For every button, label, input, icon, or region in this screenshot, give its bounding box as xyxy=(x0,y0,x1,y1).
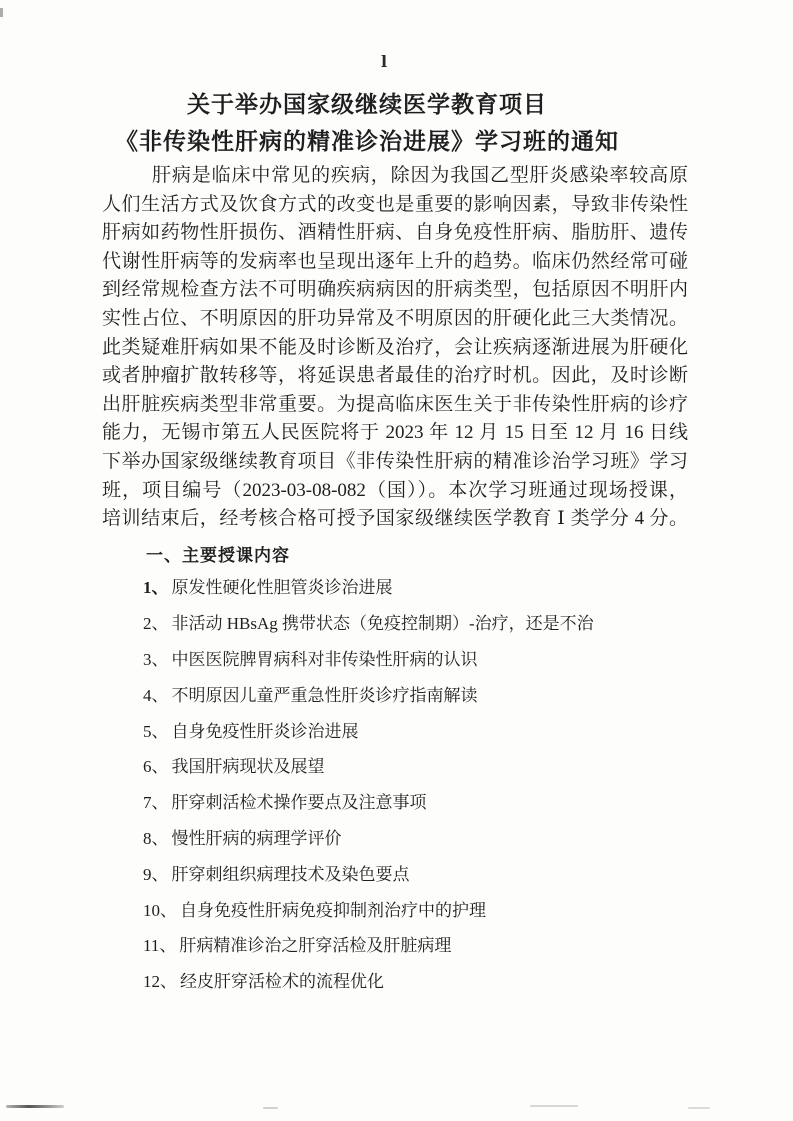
paragraph-line: 代谢性肝病等的发病率也呈现出逐年上升的趋势。临床仍然经常可碰 xyxy=(102,248,688,277)
paragraph-line: 此类疑难肝病如果不能及时诊断及治疗，会让疾病逐渐进展为肝硬化 xyxy=(102,334,688,363)
list-item-text: 经皮肝穿活检术的流程优化 xyxy=(180,967,384,992)
scan-smudge xyxy=(6,1105,64,1108)
list-item-number: 8、 xyxy=(143,824,169,849)
list-item-text: 慢性肝病的病理学评价 xyxy=(172,824,342,849)
list-item-number: 9、 xyxy=(143,860,169,885)
list-item-number: 2、 xyxy=(143,609,169,634)
course-list: 1、原发性硬化性胆管炎诊治进展 2、非活动 HBsAg 携带状态（免疫控制期）-… xyxy=(143,568,594,998)
paragraph-line: 下举办国家级继续教育项目《非传染性肝病的精准诊治学习班》学习 xyxy=(102,448,688,477)
paragraph-line: 人们生活方式及饮食方式的改变也是重要的影响因素，导致非传染性 xyxy=(102,191,688,220)
paragraph-line: 到经常规检查方法不可明确疾病病因的肝病类型，包括原因不明肝内 xyxy=(102,276,688,305)
list-item-text: 非活动 HBsAg 携带状态（免疫控制期）-治疗，还是不治 xyxy=(172,609,594,634)
list-item-text: 原发性硬化性胆管炎诊治进展 xyxy=(172,573,393,598)
list-item-text: 自身免疫性肝病免疫抑制剂治疗中的护理 xyxy=(180,896,486,921)
list-item-text: 不明原因儿童严重急性肝炎诊疗指南解读 xyxy=(172,681,478,706)
intro-paragraph: 肝病是临床中常见的疾病，除因为我国乙型肝炎感染率较高原因， 人们生活方式及饮食方… xyxy=(102,162,688,534)
list-item-number: 1、 xyxy=(143,573,169,598)
scan-smudge xyxy=(263,1107,278,1109)
list-item-text: 中医医院脾胃病科对非传染性肝病的认识 xyxy=(172,645,478,670)
list-item: 7、肝穿刺活检术操作要点及注意事项 xyxy=(143,783,594,819)
scanned-document-page: l 关于举办国家级继续医学教育项目 《非传染性肝病的精准诊治进展》学习班的通知 … xyxy=(0,0,793,1121)
paragraph-line: 肝病如药物性肝损伤、酒精性肝病、自身免疫性肝病、脂肪肝、遗传 xyxy=(102,219,688,248)
list-item-number: 6、 xyxy=(143,752,169,777)
list-item: 11、肝病精准诊治之肝穿活检及肝脏病理 xyxy=(143,926,594,962)
list-item-text: 肝穿刺活检术操作要点及注意事项 xyxy=(172,788,427,813)
list-item-number: 12、 xyxy=(143,967,177,992)
list-item-text: 肝穿刺组织病理技术及染色要点 xyxy=(172,860,410,885)
list-item-number: 10、 xyxy=(143,896,177,921)
list-item-text: 肝病精准诊治之肝穿活检及肝脏病理 xyxy=(179,931,451,956)
list-item: 3、中医医院脾胃病科对非传染性肝病的认识 xyxy=(143,640,594,676)
page-top-mark: l xyxy=(381,52,387,71)
document-title-line2: 《非传染性肝病的精准诊治进展》学习班的通知 xyxy=(74,123,660,160)
list-item-number: 11、 xyxy=(143,931,176,956)
list-item: 6、我国肝病现状及展望 xyxy=(143,747,594,783)
list-item-text: 我国肝病现状及展望 xyxy=(172,752,325,777)
list-item-number: 5、 xyxy=(143,717,169,742)
list-item: 4、不明原因儿童严重急性肝炎诊疗指南解读 xyxy=(143,675,594,711)
scan-smudge xyxy=(688,1107,710,1109)
paragraph-line: 实性占位、不明原因的肝功异常及不明原因的肝硬化此三大类情况。 xyxy=(102,305,688,334)
section-heading: 一、主要授课内容 xyxy=(146,541,290,566)
list-item: 5、自身免疫性肝炎诊治进展 xyxy=(143,711,594,747)
list-item: 10、自身免疫性肝病免疫抑制剂治疗中的护理 xyxy=(143,890,594,926)
paragraph-line: 肝病是临床中常见的疾病，除因为我国乙型肝炎感染率较高原因， xyxy=(102,162,688,191)
list-item-number: 3、 xyxy=(143,645,169,670)
scan-corner-artifact xyxy=(0,8,3,17)
list-item: 2、非活动 HBsAg 携带状态（免疫控制期）-治疗，还是不治 xyxy=(143,604,594,640)
paragraph-line: 出肝脏疾病类型非常重要。为提高临床医生关于非传染性肝病的诊疗 xyxy=(102,391,688,420)
paragraph-line: 能力，无锡市第五人民医院将于 2023 年 12 月 15 日至 12 月 16… xyxy=(102,419,688,448)
list-item: 9、肝穿刺组织病理技术及染色要点 xyxy=(143,854,594,890)
list-item: 1、原发性硬化性胆管炎诊治进展 xyxy=(143,568,594,604)
document-title-line1: 关于举办国家级继续医学教育项目 xyxy=(74,86,660,123)
paragraph-line: 或者肿瘤扩散转移等，将延误患者最佳的治疗时机。因此，及时诊断 xyxy=(102,362,688,391)
list-item-number: 4、 xyxy=(143,681,169,706)
scan-smudge xyxy=(530,1105,578,1107)
list-item: 12、经皮肝穿活检术的流程优化 xyxy=(143,962,594,998)
list-item-number: 7、 xyxy=(143,788,169,813)
list-item: 8、慢性肝病的病理学评价 xyxy=(143,819,594,855)
document-title: 关于举办国家级继续医学教育项目 《非传染性肝病的精准诊治进展》学习班的通知 xyxy=(102,86,688,160)
list-item-text: 自身免疫性肝炎诊治进展 xyxy=(172,717,359,742)
paragraph-line: 班，项目编号（2023-03-08-082（国））。本次学习班通过现场授课， xyxy=(102,477,688,506)
paragraph-line: 培训结束后，经考核合格可授予国家级继续医学教育 Ⅰ 类学分 4 分。 xyxy=(102,505,688,534)
